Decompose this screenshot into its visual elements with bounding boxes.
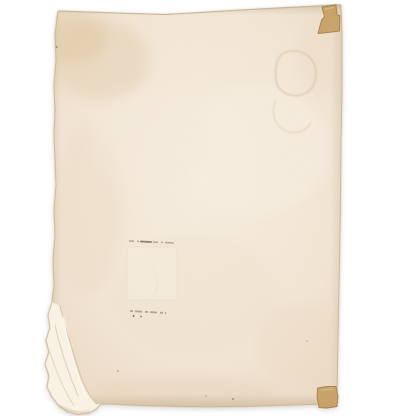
label-ghost-impression: [127, 247, 177, 301]
scuff-dot: [140, 316, 142, 318]
speck: [306, 340, 308, 342]
speck: [232, 398, 234, 400]
scuff-dot: [133, 315, 135, 317]
speck: [117, 370, 119, 372]
paper-grain-texture: [45, 3, 345, 416]
speck: [205, 395, 207, 397]
ghost-rectangle: [127, 247, 177, 300]
aged-paper-photo: [0, 0, 416, 416]
scuff-mark-upper-dark: [140, 242, 152, 243]
aged-paper: [43, 3, 353, 416]
photo-canvas: [0, 0, 416, 416]
paper-interior: [43, 3, 353, 416]
tape-bottom-right: [317, 387, 338, 409]
